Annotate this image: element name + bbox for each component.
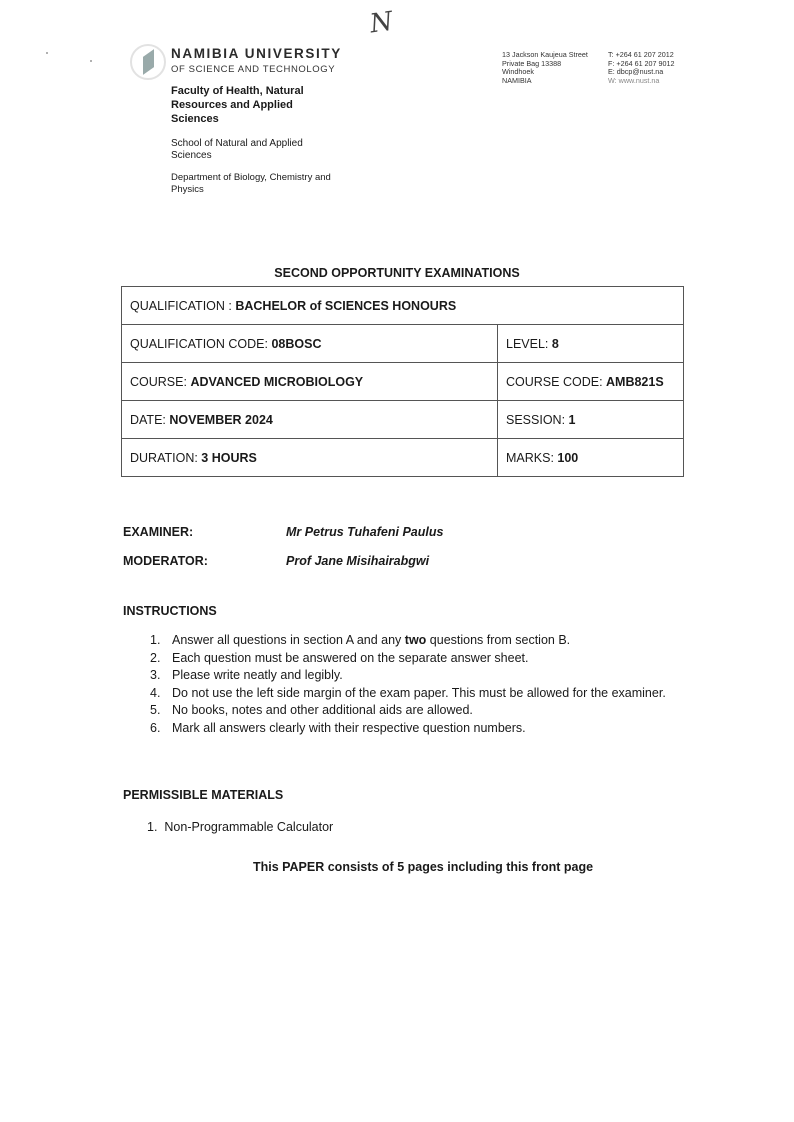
item-number: 6. [150,720,160,738]
table-row: COURSE: ADVANCED MICROBIOLOGY COURSE COD… [122,363,684,401]
item-text: Answer all questions in section A and an… [172,633,405,647]
item-text: Each question must be answered on the se… [172,651,528,665]
table-row: DATE: NOVEMBER 2024 SESSION: 1 [122,401,684,439]
label: MARKS: [506,451,557,465]
instruction-item: 2.Each question must be answered on the … [150,650,670,668]
item-number: 1. [147,820,157,834]
instruction-item: 1.Answer all questions in section A and … [150,632,670,650]
item-emphasis: two [405,633,427,647]
course-code-value: AMB821S [606,375,664,389]
level-cell: LEVEL: 8 [498,325,684,363]
qualification-code-value: 08BOSC [271,337,321,351]
instruction-item: 4.Do not use the left side margin of the… [150,685,670,703]
item-text: questions from section B. [426,633,570,647]
address-block: 13 Jackson Kaujeua Street Private Bag 13… [502,51,588,85]
label: LEVEL: [506,337,552,351]
item-number: 1. [150,632,160,650]
department-name: Department of Biology, Chemistry and Phy… [171,172,341,196]
marks-cell: MARKS: 100 [498,439,684,477]
item-text: Do not use the left side margin of the e… [172,686,666,700]
instruction-item: 5.No books, notes and other additional a… [150,702,670,720]
item-number: 4. [150,685,160,703]
item-text: Mark all answers clearly with their resp… [172,721,526,735]
exam-info-table: QUALIFICATION : BACHELOR of SCIENCES HON… [121,286,684,477]
table-row: DURATION: 3 HOURS MARKS: 100 [122,439,684,477]
label: QUALIFICATION CODE: [130,337,271,351]
label: COURSE CODE: [506,375,606,389]
instructions-heading: INSTRUCTIONS [123,604,217,618]
date-value: NOVEMBER 2024 [169,413,273,427]
session-value: 1 [569,413,576,427]
qualification-value: BACHELOR of SCIENCES HONOURS [235,299,456,313]
faculty-name: Faculty of Health, Natural Resources and… [171,84,341,126]
session-cell: SESSION: 1 [498,401,684,439]
contact-block: T: +264 61 207 2012 F: +264 61 207 9012 … [608,51,675,85]
item-number: 3. [150,667,160,685]
course-code-cell: COURSE CODE: AMB821S [498,363,684,401]
school-name: School of Natural and Applied Sciences [171,138,341,162]
label: QUALIFICATION : [130,299,235,313]
label: DATE: [130,413,169,427]
label: COURSE: [130,375,190,389]
duration-cell: DURATION: 3 HOURS [122,439,498,477]
date-cell: DATE: NOVEMBER 2024 [122,401,498,439]
instructions-list: 1.Answer all questions in section A and … [150,632,670,737]
instruction-item: 6.Mark all answers clearly with their re… [150,720,670,738]
item-text: No books, notes and other additional aid… [172,703,473,717]
moderator-name: Prof Jane Misihairabgwi [286,554,429,568]
moderator-label: MODERATOR: [123,554,208,568]
permissible-item: 1. Non-Programmable Calculator [147,820,333,834]
qualification-code-cell: QUALIFICATION CODE: 08BOSC [122,325,498,363]
item-text: Non-Programmable Calculator [164,820,333,834]
table-row: QUALIFICATION : BACHELOR of SCIENCES HON… [122,287,684,325]
marks-value: 100 [557,451,578,465]
instruction-item: 3.Please write neatly and legibly. [150,667,670,685]
item-number: 2. [150,650,160,668]
table-row: QUALIFICATION CODE: 08BOSC LEVEL: 8 [122,325,684,363]
university-subname: OF SCIENCE AND TECHNOLOGY [171,64,335,75]
permissible-materials-heading: PERMISSIBLE MATERIALS [123,788,283,802]
item-text: Please write neatly and legibly. [172,668,343,682]
scan-speck [90,60,92,62]
level-value: 8 [552,337,559,351]
examiner-name: Mr Petrus Tuhafeni Paulus [286,525,443,539]
website: W: www.nust.na [608,77,675,86]
university-logo-icon [130,44,166,80]
qualification-cell: QUALIFICATION : BACHELOR of SCIENCES HON… [122,287,684,325]
label: SESSION: [506,413,569,427]
address-line: NAMIBIA [502,77,588,86]
label: DURATION: [130,451,201,465]
scan-speck [46,52,48,54]
examiner-label: EXAMINER: [123,525,193,539]
item-number: 5. [150,702,160,720]
page-count-note: This PAPER consists of 5 pages including… [0,860,794,874]
handwritten-mark: N [368,7,395,40]
duration-value: 3 HOURS [201,451,257,465]
university-name: NAMIBIA UNIVERSITY [171,46,342,61]
exam-title: SECOND OPPORTUNITY EXAMINATIONS [0,266,794,280]
course-cell: COURSE: ADVANCED MICROBIOLOGY [122,363,498,401]
course-value: ADVANCED MICROBIOLOGY [190,375,363,389]
